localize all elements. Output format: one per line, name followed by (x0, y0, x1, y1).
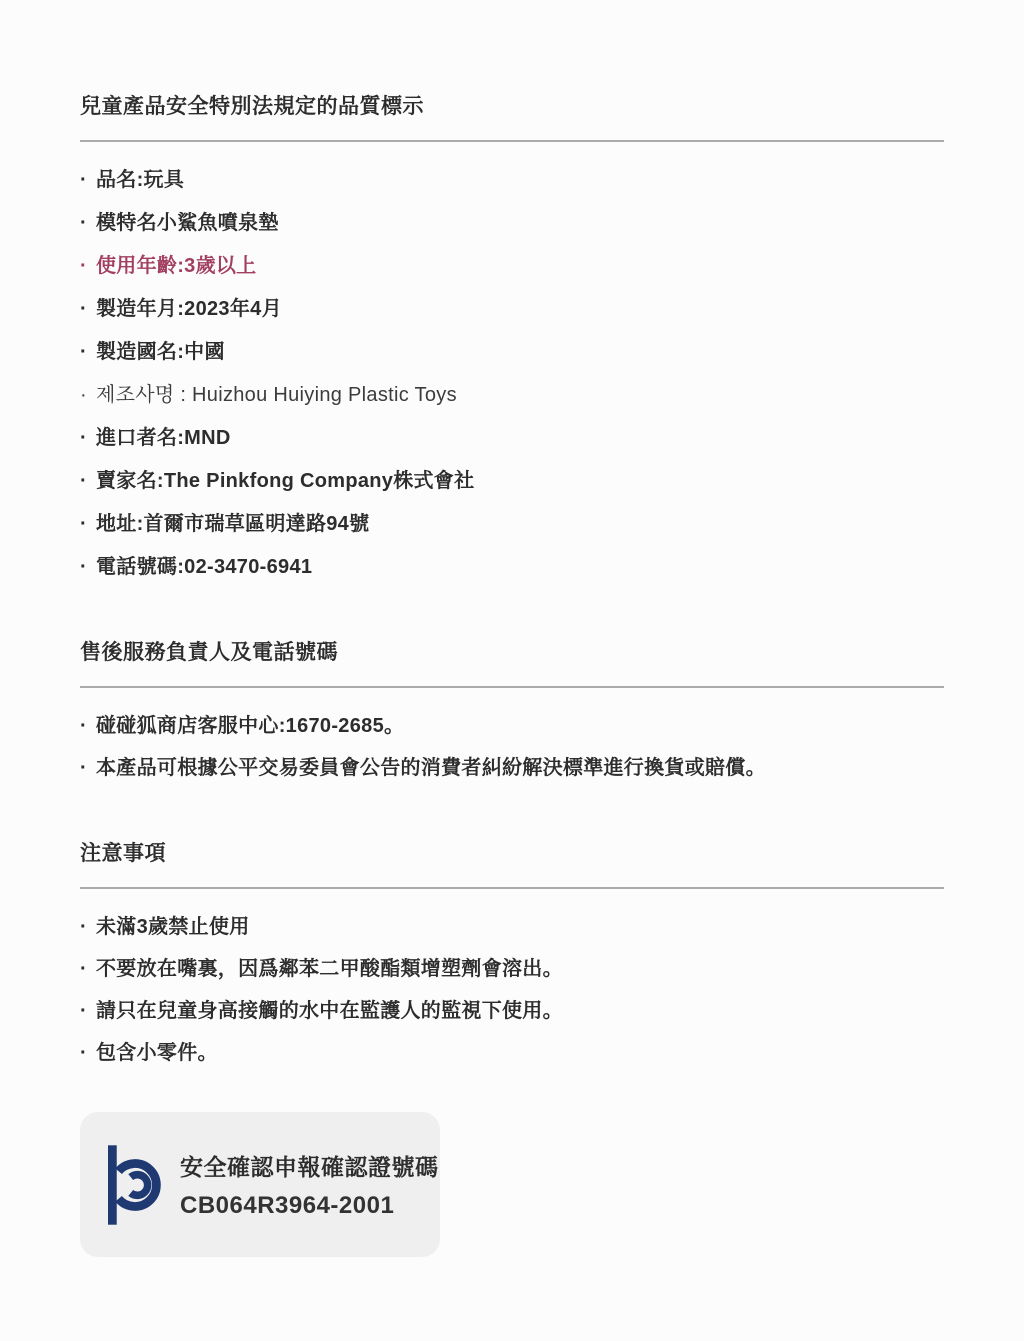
notice-item-list: · 未滿3歲禁止使用 · 不要放在嘴裏，因爲鄰苯二甲酸酯類增塑劑會溶出。 · 請… (80, 916, 944, 1064)
list-item-mouth-warning: · 不要放在嘴裏，因爲鄰苯二甲酸酯類增塑劑會溶出。 (80, 958, 944, 980)
item-text: 碰碰狐商店客服中心:1670-2685。 (96, 715, 404, 737)
list-item-product-name: · 品名:玩具 (80, 169, 944, 191)
bullet-dot: · (80, 1000, 96, 1022)
bullet-dot: · (80, 255, 96, 277)
list-item-small-parts-warning: · 包含小零件。 (80, 1042, 944, 1064)
bullet-dot: · (80, 169, 96, 191)
bullet-dot: · (80, 427, 96, 449)
kc-certification-label: 安全確認申報確認證號碼 (180, 1149, 439, 1182)
item-text: 包含小零件。 (96, 1042, 218, 1064)
quality-item-list: · 品名:玩具 · 模特名小鯊魚噴泉墊 · 使用年齡:3歲以上 · 製造年月:2… (80, 169, 944, 578)
list-item-supervision-warning: · 請只在兒童身高接觸的水中在監護人的監視下使用。 (80, 1000, 944, 1022)
list-item-manufacturer-name: · 제조사명 : Huizhou Huiying Plastic Toys (80, 384, 944, 406)
list-item-seller-name: · 賣家名:The Pinkfong Company株式會社 (80, 470, 944, 492)
item-text: 不要放在嘴裏，因爲鄰苯二甲酸酯類增塑劑會溶出。 (96, 958, 563, 980)
list-item-manufacture-date: · 製造年月:2023年4月 (80, 298, 944, 320)
after-sales-section-title: 售後服務負責人及電話號碼 (80, 636, 944, 666)
kc-certification-badge: 安全確認申報確認證號碼 CB064R3964-2001 (80, 1112, 440, 1257)
bullet-dot: · (80, 470, 96, 492)
divider (80, 140, 944, 142)
bullet-dot: · (80, 757, 96, 779)
list-item-dispute-resolution: · 本產品可根據公平交易委員會公告的消費者糾紛解決標準進行換貨或賠償。 (80, 757, 944, 779)
bullet-dot: · (80, 715, 96, 737)
item-text: 品名:玩具 (96, 169, 184, 191)
divider (80, 887, 944, 889)
label-document: 兒童產品安全特別法規定的品質標示 · 品名:玩具 · 模特名小鯊魚噴泉墊 · 使… (0, 0, 1024, 1257)
bullet-dot: · (80, 298, 96, 320)
item-text: 製造國名:中國 (96, 341, 225, 363)
list-item-service-center: · 碰碰狐商店客服中心:1670-2685。 (80, 715, 944, 737)
kc-text-block: 安全確認申報確認證號碼 CB064R3964-2001 (180, 1149, 439, 1220)
quality-section-title: 兒童產品安全特別法規定的品質標示 (80, 0, 944, 120)
item-text: 賣家名:The Pinkfong Company株式會社 (96, 470, 474, 492)
item-text: 地址:首爾市瑞草區明達路94號 (96, 513, 369, 535)
list-item-age-warning: · 未滿3歲禁止使用 (80, 916, 944, 938)
item-text: 請只在兒童身高接觸的水中在監護人的監視下使用。 (96, 1000, 563, 1022)
bullet-dot: · (80, 513, 96, 535)
item-text: 本產品可根據公平交易委員會公告的消費者糾紛解決標準進行換貨或賠償。 (96, 757, 766, 779)
bullet-dot: · (80, 384, 96, 406)
item-text: 進口者名:MND (96, 427, 231, 449)
kc-mark-icon (108, 1144, 162, 1226)
item-text: 模特名小鯊魚噴泉墊 (96, 212, 279, 234)
kc-certification-number: CB064R3964-2001 (180, 1192, 439, 1220)
bullet-dot: · (80, 1042, 96, 1064)
item-text: 제조사명 : Huizhou Huiying Plastic Toys (96, 384, 457, 406)
list-item-age-restriction: · 使用年齡:3歲以上 (80, 255, 944, 277)
bullet-dot: · (80, 958, 96, 980)
bullet-dot: · (80, 916, 96, 938)
list-item-importer-name: · 進口者名:MND (80, 427, 944, 449)
after-sales-item-list: · 碰碰狐商店客服中心:1670-2685。 · 本產品可根據公平交易委員會公告… (80, 715, 944, 779)
bullet-dot: · (80, 556, 96, 578)
bullet-dot: · (80, 212, 96, 234)
item-text: 使用年齡:3歲以上 (96, 255, 256, 277)
list-item-phone-number: · 電話號碼:02-3470-6941 (80, 556, 944, 578)
bullet-dot: · (80, 341, 96, 363)
list-item-country-of-origin: · 製造國名:中國 (80, 341, 944, 363)
notice-section-title: 注意事項 (80, 837, 944, 867)
list-item-model-name: · 模特名小鯊魚噴泉墊 (80, 212, 944, 234)
item-text: 未滿3歲禁止使用 (96, 916, 250, 938)
item-text: 電話號碼:02-3470-6941 (96, 556, 312, 578)
divider (80, 686, 944, 688)
list-item-address: · 地址:首爾市瑞草區明達路94號 (80, 513, 944, 535)
item-text: 製造年月:2023年4月 (96, 298, 282, 320)
